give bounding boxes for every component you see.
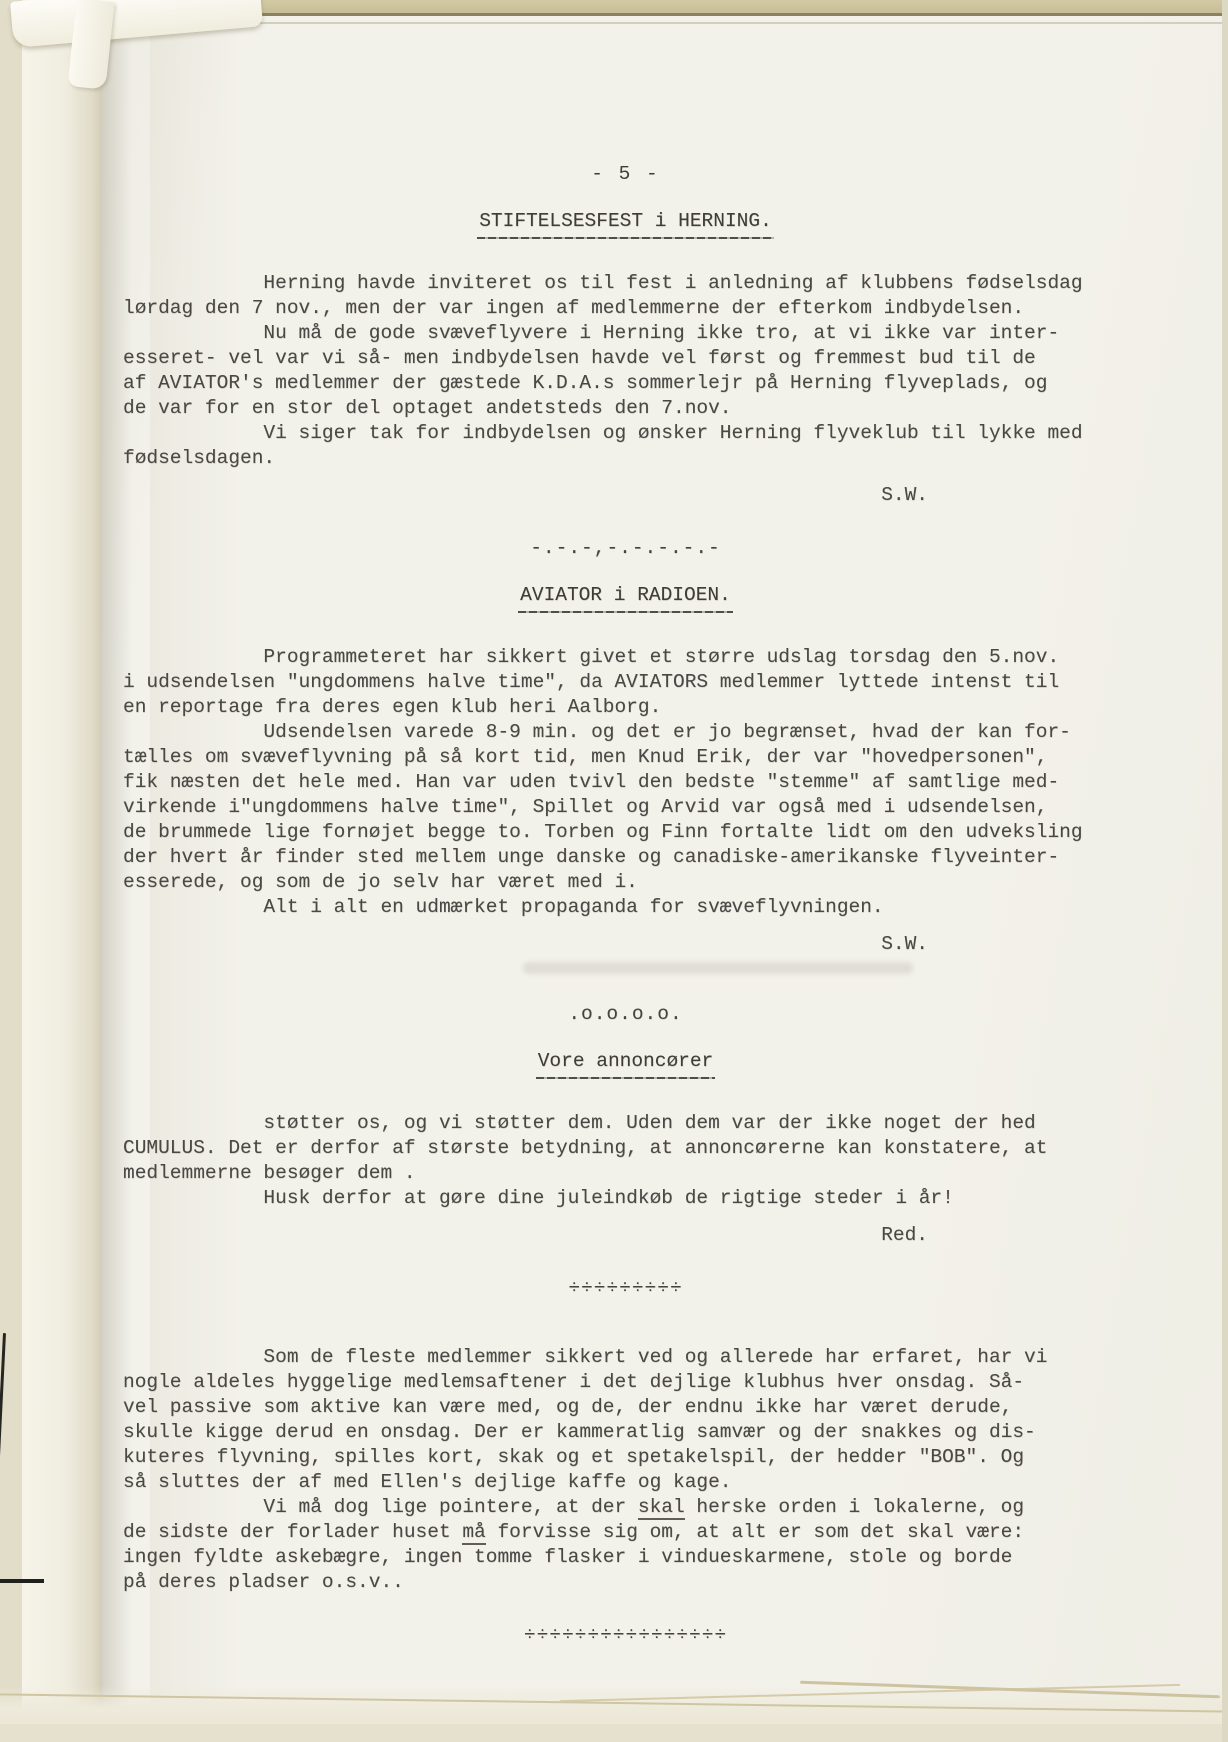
- signature-text: S.W.: [881, 484, 928, 506]
- bottom-crease-line-1: [0, 1693, 1228, 1712]
- typed-line: tælles om svæveflyvning på så kort tid, …: [123, 745, 1128, 770]
- section-heading: STIFTELSESFEST i HERNING.: [123, 209, 1128, 239]
- typed-line: esserede, og som de jo selv har været me…: [123, 870, 1128, 895]
- typed-line: virkende i"ungdommens halve time", Spill…: [123, 795, 1128, 820]
- typed-line: Alt i alt en udmærket propaganda for svæ…: [123, 895, 1128, 920]
- typed-line: Programmeteret har sikkert givet et stør…: [123, 645, 1128, 670]
- typed-line: Udsendelsen varede 8-9 min. og det er jo…: [123, 720, 1128, 745]
- typed-line: Nu må de gode svæveflyvere i Herning ikk…: [123, 321, 1128, 346]
- signature-text: S.W.: [881, 933, 928, 955]
- page-content: - 5 - STIFTELSESFEST i HERNING. Herning …: [123, 0, 1128, 1648]
- typed-line: Vi siger tak for indbydelsen og ønsker H…: [123, 421, 1128, 446]
- typed-line: de brummede lige fornøjet begge to. Torb…: [123, 820, 1128, 845]
- signature: Red.: [123, 1223, 928, 1248]
- bottom-page-edge: [0, 1724, 1228, 1742]
- typed-line: kuteres flyvning, spilles kort, skak og …: [123, 1445, 1128, 1470]
- section-heading-text: STIFTELSESFEST i HERNING.: [477, 209, 774, 239]
- typed-line: Herning havde inviteret os til fest i an…: [123, 271, 1128, 296]
- typed-line: af AVIATOR's medlemmer der gæstede K.D.A…: [123, 371, 1128, 396]
- typed-line: vel passive som aktive kan være med, og …: [123, 1395, 1128, 1420]
- typed-line: nogle aldeles hyggelige medlemsaftener i…: [123, 1370, 1128, 1395]
- section-heading: Vore annoncører: [123, 1049, 1128, 1079]
- text-blocks: STIFTELSESFEST i HERNING. Herning havde …: [123, 209, 1128, 1648]
- typed-line: medlemmerne besøger dem .: [123, 1161, 1128, 1186]
- section-heading-text: Vore annoncører: [536, 1049, 716, 1079]
- signature: S.W.: [123, 932, 928, 957]
- separator-line: ÷÷÷÷÷÷÷÷÷: [123, 1276, 1128, 1301]
- typed-line: de var for en stor del optaget andetsted…: [123, 396, 1128, 421]
- pen-mark-foot: [0, 1579, 44, 1583]
- separator-line: .o.o.o.o.: [123, 1002, 1128, 1027]
- section-heading: AVIATOR i RADIOEN.: [123, 583, 1128, 613]
- separator-line: -.-.-,-.-.-.-.-: [123, 536, 1128, 561]
- typed-line: ingen fyldte askebægre, ingen tomme flas…: [123, 1545, 1128, 1570]
- separator-line: ÷÷÷÷÷÷÷÷÷÷÷÷÷÷÷÷: [123, 1623, 1128, 1648]
- typed-line: fik næsten det hele med. Han var uden tv…: [123, 770, 1128, 795]
- signature-text: Red.: [881, 1224, 928, 1246]
- bottom-crease-line-2: [560, 1684, 1180, 1702]
- typed-line: i udsendelsen "ungdommens halve time", d…: [123, 670, 1128, 695]
- ink-smudge: [523, 962, 913, 974]
- typed-line: en reportage fra deres egen klub heri Aa…: [123, 695, 1128, 720]
- page-fold-left: [22, 0, 102, 1742]
- bottom-crease-band: [0, 1686, 1228, 1742]
- typed-line: der hvert år finder sted mellem unge dan…: [123, 845, 1128, 870]
- signature: S.W.: [123, 483, 928, 508]
- typed-line: Husk derfor at gøre dine juleindkøb de r…: [123, 1186, 1128, 1211]
- typed-line: Som de fleste medlemmer sikkert ved og a…: [123, 1345, 1128, 1370]
- page-number: - 5 -: [123, 162, 1128, 187]
- typed-line: Vi må dog lige pointere, at der skal her…: [123, 1495, 1128, 1520]
- section-heading-text: AVIATOR i RADIOEN.: [518, 583, 733, 613]
- typed-line: støtter os, og vi støtter dem. Uden dem …: [123, 1111, 1128, 1136]
- typed-line: på deres pladser o.s.v..: [123, 1570, 1128, 1595]
- underlying-page-strip: [0, 0, 22, 1742]
- typed-line: de sidste der forlader huset må forvisse…: [123, 1520, 1128, 1545]
- typed-line: lørdag den 7 nov., men der var ingen af …: [123, 296, 1128, 321]
- typed-line: så sluttes der af med Ellen's dejlige ka…: [123, 1470, 1128, 1495]
- pen-mark-vertical: [0, 1333, 5, 1583]
- scan-edge-right: [1222, 0, 1228, 1742]
- typed-line: fødselsdagen.: [123, 446, 1128, 471]
- bottom-crease-line-3: [800, 1681, 1220, 1699]
- scanned-page: - 5 - STIFTELSESFEST i HERNING. Herning …: [0, 0, 1228, 1742]
- typed-line: skulle kigge derud en onsdag. Der er kam…: [123, 1420, 1128, 1445]
- curled-corner-nub: [68, 0, 115, 90]
- typed-line: CUMULUS. Det er derfor af største betydn…: [123, 1136, 1128, 1161]
- typed-line: esseret- vel var vi så- men indbydelsen …: [123, 346, 1128, 371]
